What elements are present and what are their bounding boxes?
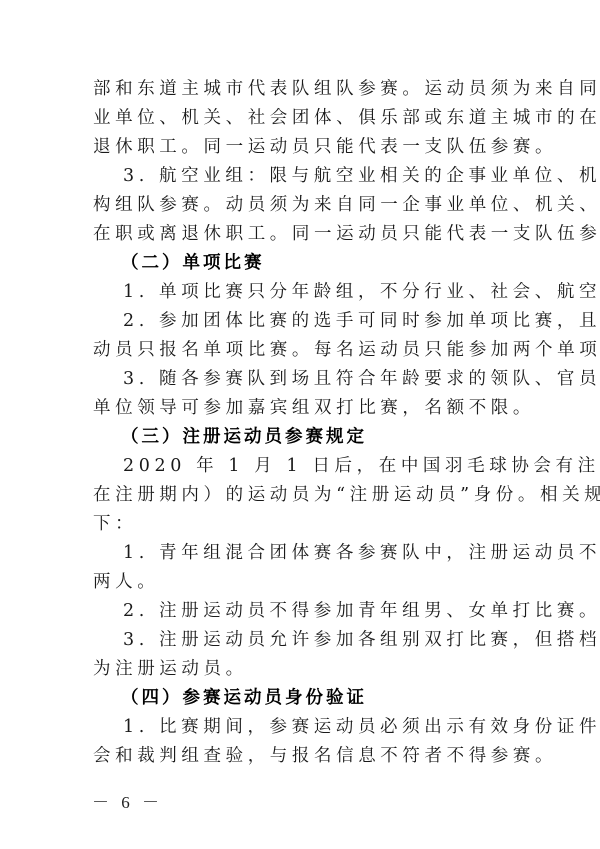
text-line: 在注册期内）的运动员为“注册运动员”身份。相关规定如 bbox=[93, 481, 511, 510]
list-item: 1. 比赛期间，参赛运动员必须出示有效身份证件供组委 bbox=[93, 713, 511, 742]
list-item: 2. 注册运动员不得参加青年组男、女单打比赛。 bbox=[93, 597, 511, 626]
list-item-aviation-group: 3. 航空业组：限与航空业相关的企事业单位、机关、机 bbox=[93, 162, 511, 191]
list-item: 2. 参加团体比赛的选手可同时参加单项比赛，且允许运 bbox=[93, 307, 511, 336]
paragraph: 2020 年 1 月 1 日后，在中国羽毛球协会有注册记录（含 bbox=[93, 452, 511, 481]
text-line: 在职或离退休职工。同一运动员只能代表一支队伍参赛。 bbox=[93, 220, 511, 249]
text-line: 动员只报名单项比赛。每名运动员只能参加两个单项比赛。 bbox=[93, 336, 511, 365]
section-heading-identity-verification: （四）参赛运动员身份验证 bbox=[93, 684, 511, 713]
list-item: 3. 注册运动员允许参加各组别双打比赛，但搭档不得同 bbox=[93, 626, 511, 655]
text-line: 构组队参赛。动员须为来自同一企事业单位、机关、机构的 bbox=[93, 191, 511, 220]
document-page: 部和东道主城市代表队组队参赛。运动员须为来自同一企事 业单位、机关、社会团体、俱… bbox=[93, 75, 511, 771]
list-item: 1. 青年组混合团体赛各参赛队中，注册运动员不得超过 bbox=[93, 539, 511, 568]
text-line: 两人。 bbox=[93, 568, 511, 597]
text-line: 下： bbox=[93, 510, 511, 539]
text-line: 单位领导可参加嘉宾组双打比赛，名额不限。 bbox=[93, 394, 511, 423]
text-line: 部和东道主城市代表队组队参赛。运动员须为来自同一企事 bbox=[93, 75, 511, 104]
page-number: － 6 － bbox=[92, 788, 163, 813]
section-heading-registered-athletes: （三）注册运动员参赛规定 bbox=[93, 423, 511, 452]
text-line: 退休职工。同一运动员只能代表一支队伍参赛。 bbox=[93, 133, 511, 162]
list-item: 3. 随各参赛队到场且符合年龄要求的领队、官员或所属 bbox=[93, 365, 511, 394]
text-line: 会和裁判组查验，与报名信息不符者不得参赛。 bbox=[93, 742, 511, 771]
text-line: 业单位、机关、社会团体、俱乐部或东道主城市的在职或离 bbox=[93, 104, 511, 133]
section-heading-singles: （二）单项比赛 bbox=[93, 249, 511, 278]
text-line: 为注册运动员。 bbox=[93, 655, 511, 684]
list-item: 1. 单项比赛只分年龄组，不分行业、社会、航空业组。 bbox=[93, 278, 511, 307]
